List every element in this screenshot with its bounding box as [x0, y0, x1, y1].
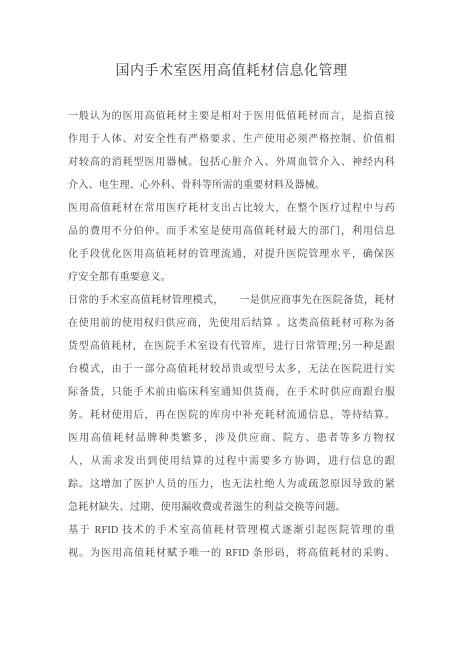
text-line: 际备货，只能手术前由临床科室通知供货商，在手术时供应商跟台服	[68, 381, 395, 404]
text-line: 务。耗材使用后，再在医院的库房中补充耗材流通信息，等待结算。	[68, 404, 395, 427]
document-body: 一般认为的医用高值耗材主要是相对于医用低值耗材而言，是指直接作用于人体、对安全性…	[68, 105, 395, 565]
paragraph: 日常的手术室高值耗材管理模式， 一是供应商事先在医院备货，耗材在使用前的使用权归…	[68, 289, 395, 519]
text-line: 对较高的消耗型医用器械。包括心脏介入、外周血管介入、神经内科	[68, 151, 395, 174]
paragraph: 基于 RFID 技术的手术室高值耗材管理模式逐渐引起医院管理的重视。为医用高值耗…	[68, 519, 395, 565]
text-line: 疗安全都有重要意义。	[68, 266, 395, 289]
paragraph: 医用高值耗材在常用医疗耗材支出占比较大，在整个医疗过程中与药品的费用不分伯仲。而…	[68, 197, 395, 289]
document-page: 国内手术室医用高值耗材信息化管理 一般认为的医用高值耗材主要是相对于医用低值耗材…	[0, 0, 463, 655]
text-line: 急耗材缺失、过期、使用漏收费或者滋生的利益交换等问题。	[68, 496, 395, 519]
text-line: 作用于人体、对安全性有严格要求、生产使用必须严格控制、价值相	[68, 128, 395, 151]
text-line: 货型高值耗材，在医院手术室设有代管库，进行日常管理;另一种是跟	[68, 335, 395, 358]
text-line: 品的费用不分伯仲。而手术室是使用高值耗材最大的部门，利用信息	[68, 220, 395, 243]
text-line: 视。为医用高值耗材赋予唯一的 RFID 条形码，将高值耗材的采购、	[68, 542, 395, 565]
paragraph: 一般认为的医用高值耗材主要是相对于医用低值耗材而言，是指直接作用于人体、对安全性…	[68, 105, 395, 197]
text-line: 踪。这增加了医护人员的压力，也无法杜绝人为或疏忽原因导致的紧	[68, 473, 395, 496]
document-title: 国内手术室医用高值耗材信息化管理	[0, 0, 463, 81]
text-line: 基于 RFID 技术的手术室高值耗材管理模式逐渐引起医院管理的重	[68, 519, 395, 542]
text-line: 在使用前的使用权归供应商，先使用后结算 。这类高值耗材可称为备	[68, 312, 395, 335]
text-line: 一般认为的医用高值耗材主要是相对于医用低值耗材而言，是指直接	[68, 105, 395, 128]
text-line: 医用高值耗材在常用医疗耗材支出占比较大，在整个医疗过程中与药	[68, 197, 395, 220]
text-line: 化手段优化医用高值耗材的管理流通，对提升医院管理水平，确保医	[68, 243, 395, 266]
text-line: 介入、电生理、心外科、骨科等所需的重要材料及器械。	[68, 174, 395, 197]
text-line: 日常的手术室高值耗材管理模式， 一是供应商事先在医院备货，耗材	[68, 289, 395, 312]
text-line: 人，从需求发出到使用结算的过程中需要多方协调，进行信息的跟	[68, 450, 395, 473]
text-line: 医用高值耗材品牌种类繁多，涉及供应商、院方、患者等多方物权	[68, 427, 395, 450]
text-line: 台模式，由于一部分高值耗材较昂贵或型号太多，无法在医院进行实	[68, 358, 395, 381]
